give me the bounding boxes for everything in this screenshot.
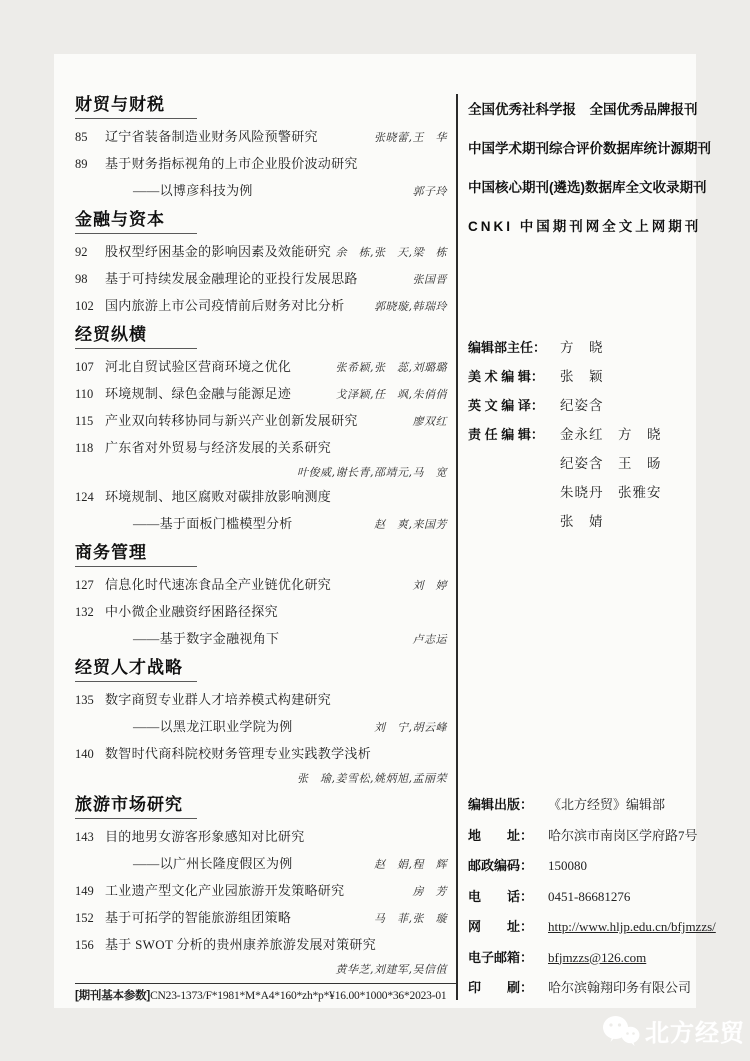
journal-contents-page: 财贸与财税85辽宁省装备制造业财务风险预警研究张晓蕾,王 华89基于财务指标视角… bbox=[54, 54, 696, 1008]
article-title: 产业双向转移协同与新兴产业创新发展研究 bbox=[105, 413, 358, 428]
article-authors: 廖双红 bbox=[413, 414, 448, 429]
article-title: 中小微企业融资纾困路径探究 bbox=[105, 604, 278, 619]
editorial-staff-block: 编辑部主任：方 晓美 术 编 辑：张 颖英 文 编 译：纪姿含责 任 编 辑：金… bbox=[468, 333, 697, 536]
toc-section: 经贸纵横107河北自贸试验区营商环境之优化张希颖,张 蕊,刘璐璐110环境规制、… bbox=[75, 325, 447, 532]
section-heading-rule bbox=[75, 681, 197, 682]
article-authors: 卢志运 bbox=[413, 632, 448, 647]
page-number: 140 bbox=[75, 747, 105, 762]
toc-entry: 89基于财务指标视角的上市企业股价波动研究 bbox=[75, 156, 447, 172]
article-authors: 郭子玲 bbox=[413, 184, 448, 199]
toc-entry: 107河北自贸试验区营商环境之优化张希颖,张 蕊,刘璐璐 bbox=[75, 359, 447, 375]
article-subtitle: ——基于数字金融视角下 bbox=[75, 631, 279, 646]
page-number: 152 bbox=[75, 911, 105, 926]
toc-entry: 152基于可拓学的智能旅游组团策略马 菲,张 璇 bbox=[75, 910, 447, 926]
article-authors: 余 栋,张 天,梁 栋 bbox=[336, 245, 448, 260]
section-heading: 经贸纵横 bbox=[75, 325, 447, 344]
accolade-line: 全国优秀社科学报 全国优秀品牌报刊 bbox=[468, 90, 697, 129]
page-number: 110 bbox=[75, 387, 105, 402]
publication-link[interactable]: bfjmzzs@126.com bbox=[548, 943, 646, 974]
right-column: 全国优秀社科学报 全国优秀品牌报刊中国学术期刊综合评价数据库统计源期刊中国核心期… bbox=[468, 90, 697, 246]
staff-role-label: 美 术 编 辑： bbox=[468, 362, 560, 391]
article-title: 数智时代商科院校财务管理专业实践教学浅析 bbox=[105, 746, 371, 761]
publication-label: 编辑出版： bbox=[468, 790, 548, 821]
publication-value: 《北方经贸》编辑部 bbox=[548, 790, 665, 821]
staff-name: 纪姿含 bbox=[560, 391, 604, 420]
page-number: 127 bbox=[75, 578, 105, 593]
page-number: 102 bbox=[75, 299, 105, 314]
toc-section: 财贸与财税85辽宁省装备制造业财务风险预警研究张晓蕾,王 华89基于财务指标视角… bbox=[75, 95, 447, 199]
publication-link[interactable]: http://www.hljp.edu.cn/bfjmzzs/ bbox=[548, 912, 716, 943]
toc-authors-row: 叶俊威,谢长青,邵靖元,马 宽 bbox=[75, 465, 447, 480]
article-authors: 张晓蕾,王 华 bbox=[374, 130, 447, 145]
article-title: 基于财务指标视角的上市企业股价波动研究 bbox=[105, 156, 358, 171]
section-heading: 商务管理 bbox=[75, 543, 447, 562]
staff-name: 朱晓丹 张雅安 bbox=[560, 478, 662, 507]
page-number: 124 bbox=[75, 490, 105, 505]
staff-name: 方 晓 bbox=[560, 333, 604, 362]
page-number: 132 bbox=[75, 605, 105, 620]
staff-role-label: 编辑部主任： bbox=[468, 333, 560, 362]
page-number: 85 bbox=[75, 130, 105, 145]
article-title: 工业遗产型文化产业园旅游开发策略研究 bbox=[105, 883, 344, 898]
article-title: 信息化时代速冻食品全产业链优化研究 bbox=[105, 577, 331, 592]
publication-label: 地 址： bbox=[468, 821, 548, 852]
article-title: 基于可拓学的智能旅游组团策略 bbox=[105, 910, 291, 925]
journal-params-footer: [期刊基本参数]CN23-1373/F*1981*M*A4*160*zh*p*¥… bbox=[75, 983, 456, 1004]
article-authors: 张国晋 bbox=[413, 272, 448, 287]
journal-params-value: CN23-1373/F*1981*M*A4*160*zh*p*¥16.00*10… bbox=[150, 990, 446, 1002]
toc-subtitle-row: ——以黑龙江职业学院为例刘 宁,胡云峰 bbox=[75, 719, 447, 735]
publication-info-block: 编辑出版：《北方经贸》编辑部地 址：哈尔滨市南岗区学府路7号邮政编码：15008… bbox=[468, 790, 697, 1004]
article-authors: 刘 宁,胡云峰 bbox=[374, 720, 447, 735]
staff-line: 纪姿含 王 旸 bbox=[468, 449, 697, 478]
staff-name: 张 婧 bbox=[560, 507, 604, 536]
section-heading: 旅游市场研究 bbox=[75, 795, 447, 814]
article-title: 数字商贸专业群人才培养模式构建研究 bbox=[105, 692, 331, 707]
section-heading-rule bbox=[75, 233, 197, 234]
toc-sections: 财贸与财税85辽宁省装备制造业财务风险预警研究张晓蕾,王 华89基于财务指标视角… bbox=[75, 90, 447, 986]
staff-role-label bbox=[468, 478, 560, 507]
publication-label: 网 址： bbox=[468, 912, 548, 943]
page-number: 143 bbox=[75, 830, 105, 845]
article-authors: 戈泽颖,任 飒,朱俏俏 bbox=[336, 387, 448, 402]
publication-line: 邮政编码：150080 bbox=[468, 851, 697, 882]
publication-line: 网 址：http://www.hljp.edu.cn/bfjmzzs/ bbox=[468, 912, 697, 943]
staff-role-label bbox=[468, 449, 560, 478]
accolade-line: 中国学术期刊综合评价数据库统计源期刊 bbox=[468, 129, 697, 168]
toc-entry: 92股权型纾困基金的影响因素及效能研究余 栋,张 天,梁 栋 bbox=[75, 244, 447, 260]
staff-line: 英 文 编 译：纪姿含 bbox=[468, 391, 697, 420]
section-heading-rule bbox=[75, 818, 197, 819]
toc-subtitle-row: ——基于面板门槛模型分析赵 爽,来国芳 bbox=[75, 516, 447, 532]
article-title: 股权型纾困基金的影响因素及效能研究 bbox=[105, 244, 331, 259]
article-authors: 黄华芝,刘建军,吴信值 bbox=[336, 962, 448, 977]
journal-params-line: [期刊基本参数]CN23-1373/F*1981*M*A4*160*zh*p*¥… bbox=[75, 989, 456, 1004]
publication-value: 150080 bbox=[548, 851, 587, 882]
footer-rule bbox=[75, 983, 456, 984]
staff-line: 编辑部主任：方 晓 bbox=[468, 333, 697, 362]
toc-entry: 102国内旅游上市公司疫情前后财务对比分析郭晓璇,韩瑞玲 bbox=[75, 298, 447, 314]
toc-section: 经贸人才战略135数字商贸专业群人才培养模式构建研究——以黑龙江职业学院为例刘 … bbox=[75, 658, 447, 786]
publication-line: 编辑出版：《北方经贸》编辑部 bbox=[468, 790, 697, 821]
toc-entry: 143目的地男女游客形象感知对比研究 bbox=[75, 829, 447, 845]
toc-section: 商务管理127信息化时代速冻食品全产业链优化研究刘 婷132中小微企业融资纾困路… bbox=[75, 543, 447, 647]
staff-line: 责 任 编 辑：金永红 方 晓 bbox=[468, 420, 697, 449]
page-number: 107 bbox=[75, 360, 105, 375]
page-number: 118 bbox=[75, 441, 105, 456]
publication-line: 电 话：0451-86681276 bbox=[468, 882, 697, 913]
toc-subtitle-row: ——以广州长隆度假区为例赵 娟,程 辉 bbox=[75, 856, 447, 872]
page-number: 89 bbox=[75, 157, 105, 172]
article-subtitle: ——以黑龙江职业学院为例 bbox=[75, 719, 293, 734]
article-authors: 刘 婷 bbox=[413, 578, 448, 593]
page-number: 156 bbox=[75, 938, 105, 953]
publication-line: 印 刷：哈尔滨翰翔印务有限公司 bbox=[468, 973, 697, 1004]
staff-line: 朱晓丹 张雅安 bbox=[468, 478, 697, 507]
section-heading: 金融与资本 bbox=[75, 210, 447, 229]
toc-entry: 124环境规制、地区腐败对碳排放影响测度 bbox=[75, 489, 447, 505]
staff-name: 张 颖 bbox=[560, 362, 604, 391]
toc-subtitle-row: ——基于数字金融视角下卢志运 bbox=[75, 631, 447, 647]
article-title: 国内旅游上市公司疫情前后财务对比分析 bbox=[105, 298, 344, 313]
wechat-watermark: 北方经贸 bbox=[602, 1013, 745, 1048]
toc-entry: 115产业双向转移协同与新兴产业创新发展研究廖双红 bbox=[75, 413, 447, 429]
toc-entry: 85辽宁省装备制造业财务风险预警研究张晓蕾,王 华 bbox=[75, 129, 447, 145]
publication-line: 地 址：哈尔滨市南岗区学府路7号 bbox=[468, 821, 697, 852]
article-title: 河北自贸试验区营商环境之优化 bbox=[105, 359, 291, 374]
section-heading: 财贸与财税 bbox=[75, 95, 447, 114]
publication-line: 电子邮箱：bfjmzzs@126.com bbox=[468, 943, 697, 974]
toc-entry: 149工业遗产型文化产业园旅游开发策略研究房 芳 bbox=[75, 883, 447, 899]
section-heading-rule bbox=[75, 118, 197, 119]
page-number: 98 bbox=[75, 272, 105, 287]
staff-name: 纪姿含 王 旸 bbox=[560, 449, 662, 478]
publication-value: 0451-86681276 bbox=[548, 882, 630, 913]
accolade-line: 中国核心期刊(遴选)数据库全文收录期刊 bbox=[468, 168, 697, 207]
publication-label: 电子邮箱： bbox=[468, 943, 548, 974]
toc-subtitle-row: ——以博彦科技为例郭子玲 bbox=[75, 183, 447, 199]
staff-line: 美 术 编 辑：张 颖 bbox=[468, 362, 697, 391]
article-subtitle: ——基于面板门槛模型分析 bbox=[75, 516, 293, 531]
toc-section: 金融与资本92股权型纾困基金的影响因素及效能研究余 栋,张 天,梁 栋98基于可… bbox=[75, 210, 447, 314]
toc-entry: 135数字商贸专业群人才培养模式构建研究 bbox=[75, 692, 447, 708]
column-divider bbox=[456, 94, 458, 1000]
page-number: 115 bbox=[75, 414, 105, 429]
toc-entry: 118广东省对外贸易与经济发展的关系研究 bbox=[75, 440, 447, 456]
article-title: 辽宁省装备制造业财务风险预警研究 bbox=[105, 129, 318, 144]
article-title: 环境规制、绿色金融与能源足迹 bbox=[105, 386, 291, 401]
article-authors: 赵 爽,来国芳 bbox=[374, 517, 447, 532]
article-title: 目的地男女游客形象感知对比研究 bbox=[105, 829, 305, 844]
toc-entry: 156基于 SWOT 分析的贵州康养旅游发展对策研究 bbox=[75, 937, 447, 953]
article-authors: 叶俊威,谢长青,邵靖元,马 宽 bbox=[297, 465, 447, 480]
accolade-line: CNKI 中国期刊网全文上网期刊 bbox=[468, 207, 697, 246]
page-number: 135 bbox=[75, 693, 105, 708]
article-subtitle: ——以广州长隆度假区为例 bbox=[75, 856, 293, 871]
toc-section: 旅游市场研究143目的地男女游客形象感知对比研究——以广州长隆度假区为例赵 娟,… bbox=[75, 795, 447, 977]
toc-entry: 127信息化时代速冻食品全产业链优化研究刘 婷 bbox=[75, 577, 447, 593]
watermark-journal-name: 北方经贸 bbox=[645, 1013, 745, 1048]
toc-authors-row: 张 瑜,姜雪松,姚炳旭,孟丽荣 bbox=[75, 771, 447, 786]
article-authors: 赵 娟,程 辉 bbox=[374, 857, 447, 872]
publication-label: 邮政编码： bbox=[468, 851, 548, 882]
staff-line: 张 婧 bbox=[468, 507, 697, 536]
publication-value: 哈尔滨翰翔印务有限公司 bbox=[548, 973, 691, 1004]
staff-role-label bbox=[468, 507, 560, 536]
article-authors: 房 芳 bbox=[413, 884, 448, 899]
publication-label: 电 话： bbox=[468, 882, 548, 913]
article-title: 基于 SWOT 分析的贵州康养旅游发展对策研究 bbox=[105, 937, 376, 952]
publication-label: 印 刷： bbox=[468, 973, 548, 1004]
staff-role-label: 英 文 编 译： bbox=[468, 391, 560, 420]
toc-authors-row: 黄华芝,刘建军,吴信值 bbox=[75, 962, 447, 977]
section-heading: 经贸人才战略 bbox=[75, 658, 447, 677]
toc-entry: 140数智时代商科院校财务管理专业实践教学浅析 bbox=[75, 746, 447, 762]
article-authors: 郭晓璇,韩瑞玲 bbox=[374, 299, 447, 314]
toc-entry: 110环境规制、绿色金融与能源足迹戈泽颖,任 飒,朱俏俏 bbox=[75, 386, 447, 402]
article-title: 环境规制、地区腐败对碳排放影响测度 bbox=[105, 489, 331, 504]
toc-entry: 98基于可持续发展金融理论的亚投行发展思路张国晋 bbox=[75, 271, 447, 287]
wechat-icon bbox=[602, 1015, 640, 1046]
page-number: 149 bbox=[75, 884, 105, 899]
article-title: 基于可持续发展金融理论的亚投行发展思路 bbox=[105, 271, 358, 286]
article-authors: 张希颖,张 蕊,刘璐璐 bbox=[336, 360, 448, 375]
article-authors: 马 菲,张 璇 bbox=[374, 911, 447, 926]
article-title: 广东省对外贸易与经济发展的关系研究 bbox=[105, 440, 331, 455]
section-heading-rule bbox=[75, 566, 197, 567]
article-authors: 张 瑜,姜雪松,姚炳旭,孟丽荣 bbox=[297, 771, 447, 786]
publication-value: 哈尔滨市南岗区学府路7号 bbox=[548, 821, 698, 852]
accolades-list: 全国优秀社科学报 全国优秀品牌报刊中国学术期刊综合评价数据库统计源期刊中国核心期… bbox=[468, 90, 697, 246]
journal-params-label: [期刊基本参数] bbox=[75, 990, 150, 1002]
toc-entry: 132中小微企业融资纾困路径探究 bbox=[75, 604, 447, 620]
staff-role-label: 责 任 编 辑： bbox=[468, 420, 560, 449]
article-subtitle: ——以博彦科技为例 bbox=[75, 183, 253, 198]
page-number: 92 bbox=[75, 245, 105, 260]
section-heading-rule bbox=[75, 348, 197, 349]
staff-name: 金永红 方 晓 bbox=[560, 420, 662, 449]
